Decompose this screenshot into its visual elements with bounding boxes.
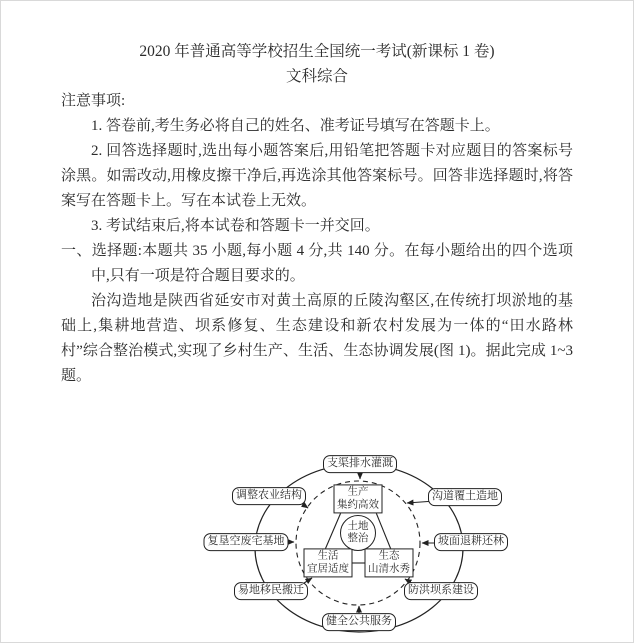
diagram-node-living-goal: 生活 宜居适度 [304, 548, 353, 577]
exam-paper-page: 2020 年普通高等学校招生全国统一考试(新课标 1 卷) 文科综合 注意事项:… [0, 0, 634, 643]
diagram-node-relocation: 易地移民搬迁 [234, 582, 308, 600]
diagram-node-production-goal: 生产 集约高效 [334, 484, 383, 513]
diagram-node-adjust-agriculture: 调整农业结构 [232, 487, 306, 505]
diagram-node-gully-land-creation: 沟道覆土造地 [428, 488, 502, 506]
document-body: 2020 年普通高等学校招生全国统一考试(新课标 1 卷) 文科综合 注意事项:… [1, 1, 633, 389]
exam-subject: 文科综合 [61, 64, 573, 89]
production-goal-line1: 生产 [335, 486, 382, 499]
question-intro-paragraph: 治沟造地是陕西省延安市对黄土高原的丘陵沟壑区,在传统打坝淤地的基础上,集耕地营造… [61, 289, 573, 389]
diagram-node-public-services: 健全公共服务 [322, 613, 396, 631]
production-goal-line2: 集约高效 [335, 499, 382, 512]
center-node-line2: 整治 [348, 533, 369, 545]
diagram-node-ecology-goal: 生态 山清水秀 [365, 548, 414, 577]
diagram-lines [1, 451, 634, 643]
notice-item-1: 1. 答卷前,考生务必将自己的姓名、准考证号填写在答题卡上。 [61, 114, 573, 139]
ecology-goal-line1: 生态 [366, 550, 413, 563]
notice-item-3: 3. 考试结束后,将本试卷和答题卡一并交回。 [61, 214, 573, 239]
figure-1-diagram: 支渠排水灌溉 调整农业结构 沟道覆土造地 复垦空废宅基地 坡面退耕还林 易地移民… [1, 451, 634, 643]
living-goal-line1: 生活 [305, 550, 352, 563]
diagram-node-land-remediation-center: 土地 整治 [340, 515, 376, 551]
ecology-goal-line2: 山清水秀 [366, 563, 413, 576]
diagram-node-slope-reforestation: 坡面退耕还林 [434, 533, 508, 551]
center-node-line1: 土地 [348, 521, 369, 533]
diagram-node-reclaim-homestead: 复垦空废宅基地 [204, 533, 289, 551]
living-goal-line2: 宜居适度 [305, 563, 352, 576]
diagram-node-flood-dam-construction: 防洪坝系建设 [404, 582, 478, 600]
triangle-line-right [375, 510, 392, 552]
notice-item-2: 2. 回答选择题时,选出每小题答案后,用铅笔把答题卡对应题目的答案标号涂黑。如需… [61, 139, 573, 214]
section-heading: 一、选择题:本题共 35 小题,每小题 4 分,共 140 分。在每小题给出的四… [61, 239, 573, 289]
notice-heading: 注意事项: [61, 89, 573, 114]
exam-title: 2020 年普通高等学校招生全国统一考试(新课标 1 卷) [61, 39, 573, 64]
diagram-node-drainage-irrigation: 支渠排水灌溉 [323, 455, 397, 473]
